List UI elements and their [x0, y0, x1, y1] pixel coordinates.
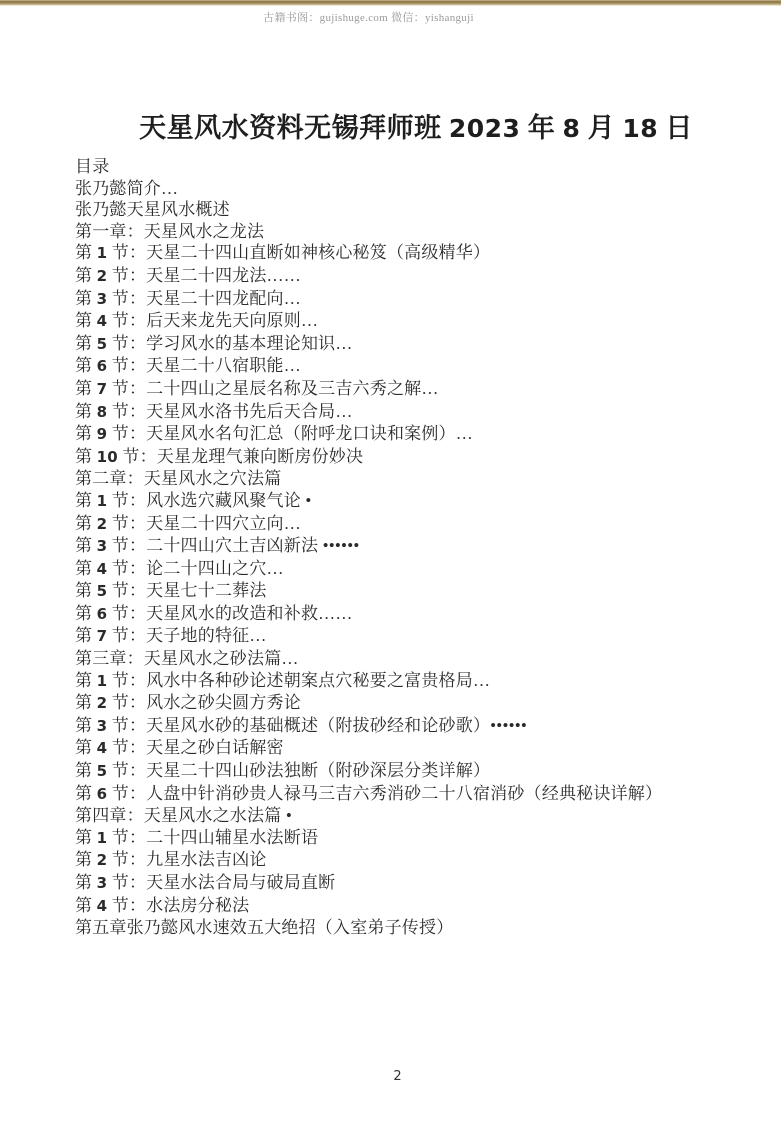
toc-line: 第五章张乃懿风水速效五大绝招（入室弟子传授）: [75, 917, 757, 939]
toc-line: 第 5 节：天星二十四山砂法独断（附砂深层分类详解）: [75, 760, 757, 783]
site-watermark: 古籍书阁：gujishuge.com 微信：yishanguji: [0, 9, 737, 25]
toc-line: 第 6 节：人盘中针消砂贵人禄马三吉六秀消砂二十八宿消砂（经典秘诀详解）: [75, 783, 757, 806]
toc-line: 第 5 节：学习风水的基本理论知识…: [75, 333, 757, 356]
toc-line: 第 3 节：天星水法合局与破局直断: [75, 872, 757, 895]
toc-line: 第 6 节：天星二十八宿职能…: [75, 355, 757, 378]
toc-line: 第 9 节：天星风水名句汇总（附呼龙口诀和案例）…: [75, 423, 757, 446]
toc-line: 第 4 节：天星之砂白话解密: [75, 737, 757, 760]
toc-line: 第 3 节：天星二十四龙配向…: [75, 288, 757, 311]
toc-line: 张乃懿简介…: [75, 178, 757, 200]
toc-line: 第 7 节：天子地的特征…: [75, 625, 757, 648]
toc-line: 第 1 节：风水选穴藏风聚气论 •: [75, 490, 757, 513]
toc-line: 第 1 节：天星二十四山直断如神核心秘笈（高级精华）: [75, 242, 757, 265]
toc-line: 第 8 节：天星风水洛书先后天合局…: [75, 401, 757, 424]
content-area: 天星风水资料无锡拜师班 2023 年 8 月 18 日 目录 张乃懿简介…张乃懿…: [75, 106, 757, 939]
toc-line: 第 3 节：天星风水砂的基础概述（附拔砂经和论砂歌）••••••: [75, 715, 757, 738]
toc-line: 第三章：天星风水之砂法篇…: [75, 648, 757, 670]
toc-line: 第 5 节：天星七十二葬法: [75, 580, 757, 603]
toc-heading: 目录: [75, 156, 757, 178]
toc-line: 第 2 节：风水之砂尖圆方秀论: [75, 692, 757, 715]
toc-line: 第四章：天星风水之水法篇 •: [75, 805, 757, 827]
toc-line: 第 10 节：天星龙理气兼向断房份妙决: [75, 446, 757, 469]
page-number: 2: [0, 1069, 781, 1084]
toc-line: 第一章：天星风水之龙法: [75, 221, 757, 243]
toc-line: 第 4 节：水法房分秘法: [75, 895, 757, 918]
toc-line: 第 2 节：天星二十四穴立向…: [75, 513, 757, 536]
toc-line: 第 2 节：天星二十四龙法……: [75, 265, 757, 288]
page-top-border-line: [0, 0, 781, 6]
toc-line: 第 6 节：天星风水的改造和补救……: [75, 603, 757, 626]
toc-line: 第二章：天星风水之穴法篇: [75, 468, 757, 490]
toc-line: 第 4 节：后天来龙先天向原则…: [75, 310, 757, 333]
toc-line: 第 2 节：九星水法吉凶论: [75, 849, 757, 872]
toc-line: 第 7 节：二十四山之星辰名称及三吉六秀之解…: [75, 378, 757, 401]
document-title: 天星风水资料无锡拜师班 2023 年 8 月 18 日: [75, 106, 757, 145]
toc-line: 第 3 节：二十四山穴土吉凶新法 ••••••: [75, 535, 757, 558]
toc-list: 目录 张乃懿简介…张乃懿天星风水概述第一章：天星风水之龙法第 1 节：天星二十四…: [75, 156, 757, 939]
toc-line: 张乃懿天星风水概述: [75, 199, 757, 221]
toc-line: 第 1 节：风水中各种砂论述朝案点穴秘要之富贵格局…: [75, 670, 757, 693]
toc-line: 第 1 节：二十四山辅星水法断语: [75, 827, 757, 850]
toc-line: 第 4 节：论二十四山之穴…: [75, 558, 757, 581]
